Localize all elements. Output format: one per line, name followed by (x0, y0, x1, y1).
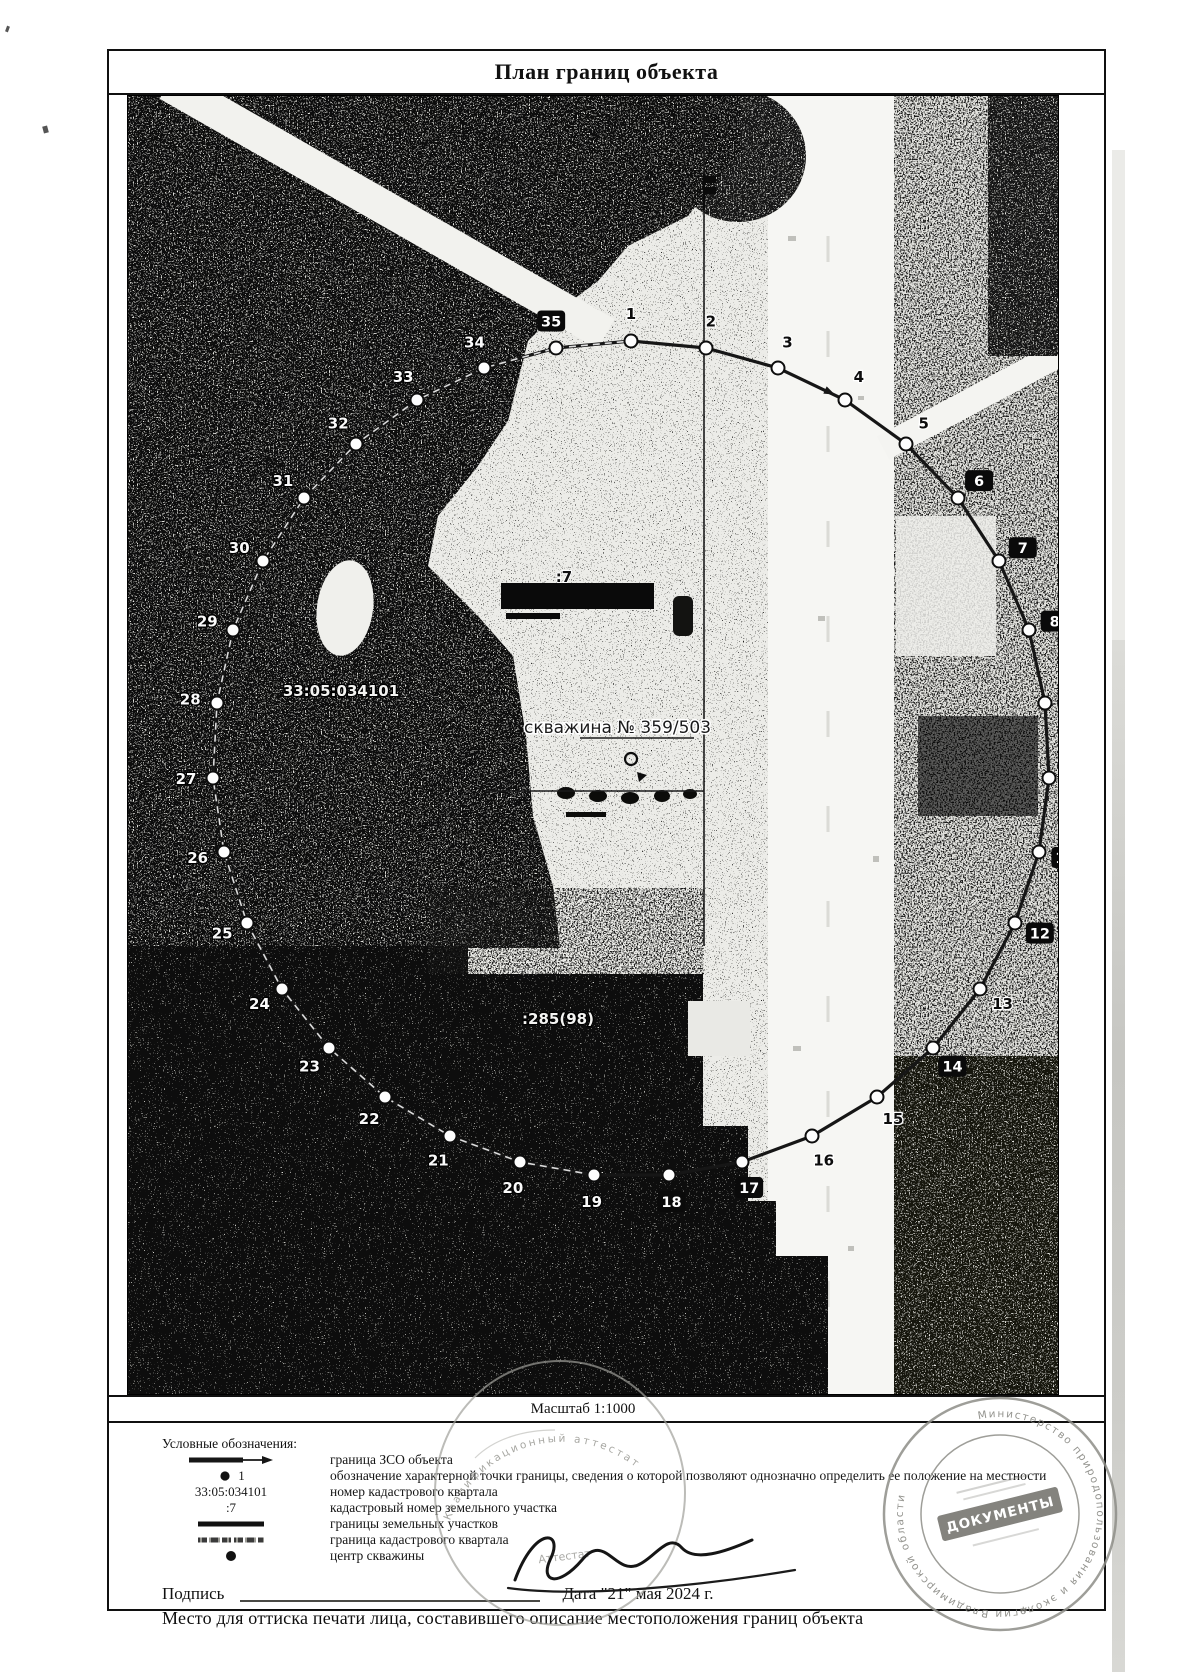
legend-row-3: :7кадастровый номер земельного участка (142, 1500, 1104, 1516)
date-label: Дата "21" мая 2024 г. (562, 1584, 713, 1604)
boundary-point-14 (927, 1042, 940, 1055)
building-bar-small (506, 613, 560, 619)
legend-symbol: 33:05:034101 (142, 1484, 320, 1500)
point-label-20: 20 (502, 1179, 523, 1197)
point-label-18: 18 (661, 1195, 681, 1211)
boundary-point-34 (478, 362, 491, 375)
point-label-6: 6 (974, 474, 984, 490)
boundary-point-5 (900, 438, 913, 451)
road-band (768, 96, 896, 1394)
document-frame: План границ объекта (107, 49, 1106, 1611)
point-label-24: 24 (249, 995, 270, 1013)
point-label-35: 35 (541, 314, 561, 330)
ground-blob (673, 596, 693, 636)
legend: Условные обозначения: граница ЗСО объект… (109, 1423, 1104, 1564)
boundary-point-21 (444, 1130, 457, 1143)
legend-label: граница ЗСО объекта (320, 1452, 453, 1468)
point-label-5: 5 (919, 415, 929, 433)
right-clearing (896, 516, 996, 656)
scan-speck (42, 125, 49, 133)
point-label-26: 26 (187, 849, 208, 867)
point-label-31: 31 (272, 472, 293, 490)
point-label-13: 13 (992, 995, 1013, 1013)
scan-shadow (1112, 640, 1125, 1672)
point-symbol-number: 1 (238, 1468, 245, 1484)
boundary-point-2 (700, 342, 713, 355)
point-label-19: 19 (581, 1193, 602, 1211)
point-label-12: 12 (1030, 927, 1050, 943)
stamp-place-note: Место для оттиска печати лица, составивш… (109, 1604, 1104, 1629)
point-label-33: 33 (393, 368, 414, 386)
legend-label: центр скважины (320, 1548, 424, 1564)
parcel-7-label: :7 (556, 568, 572, 586)
symbol-text: 33:05:034101 (195, 1484, 267, 1500)
point-label-11: 11 (1055, 851, 1058, 867)
right-clearing (918, 716, 1038, 816)
point-label-3: 3 (782, 334, 792, 352)
boundary-point-6 (952, 492, 965, 505)
legend-symbol (142, 1549, 320, 1563)
boundary-point-16 (806, 1130, 819, 1143)
legend-row-4: границы земельных участков (142, 1516, 1104, 1532)
legend-symbol (142, 1454, 320, 1466)
boundary-point-4 (839, 394, 852, 407)
boundary-point-12 (1009, 917, 1022, 930)
point-label-15: 15 (882, 1110, 903, 1128)
parcel-285-label: :285(98) (522, 1010, 594, 1028)
boundary-point-26 (218, 846, 231, 859)
legend-label: кадастровый номер земельного участка (320, 1500, 557, 1516)
boundary-point-24 (276, 983, 289, 996)
trees-top-right (988, 96, 1058, 356)
boundary-point-20 (514, 1156, 527, 1169)
point-label-4: 4 (854, 368, 864, 386)
boundary-point-19 (588, 1169, 601, 1182)
boundary-point-23 (323, 1042, 336, 1055)
signature-label: Подпись (162, 1584, 224, 1604)
boundary-point-30 (257, 555, 270, 568)
quarter-number-label: 33:05:034101 (283, 682, 399, 700)
point-label-21: 21 (428, 1151, 449, 1169)
legend-symbol (142, 1519, 320, 1529)
title-bar: План границ объекта (109, 51, 1104, 95)
scale-label: Масштаб 1:1000 (531, 1401, 683, 1418)
legend-row-1: 1обозначение характерной точки границы, … (142, 1468, 1104, 1484)
legend-row-5: граница кадастрового квартала (142, 1532, 1104, 1548)
point-label-17: 17 (739, 1181, 759, 1197)
legend-row-0: граница ЗСО объекта (142, 1452, 1104, 1468)
point-label-14: 14 (942, 1060, 962, 1076)
boundary-point-9 (1039, 697, 1052, 710)
legend-rows: граница ЗСО объекта1обозначение характер… (142, 1452, 1104, 1564)
boundary-point-25 (241, 917, 254, 930)
aerial-map-image: 33:05:034101 :7 :285(98) скважина № 359/… (128, 96, 1058, 1394)
boundary-point-33 (411, 394, 424, 407)
point-label-28: 28 (180, 690, 201, 708)
well-label: скважина № 359/503 (524, 718, 711, 738)
point-label-16: 16 (813, 1151, 834, 1169)
signature-line (240, 1580, 540, 1602)
legend-row-2: 33:05:034101номер кадастрового квартала (142, 1484, 1104, 1500)
page-title: План границ объекта (495, 59, 719, 85)
mottled-strip (428, 888, 704, 974)
building-bar (501, 583, 654, 609)
legend-row-6: центр скважины (142, 1548, 1104, 1564)
legend-label: границы земельных участков (320, 1516, 498, 1532)
symbol-text: :7 (226, 1500, 236, 1516)
boundary-point-31 (298, 492, 311, 505)
boundary-point-3 (772, 362, 785, 375)
point-label-30: 30 (229, 539, 250, 557)
boundary-point-11 (1033, 846, 1046, 859)
point-label-7: 7 (1018, 541, 1028, 557)
point-label-27: 27 (176, 770, 197, 788)
boundary-map: 33:05:034101 :7 :285(98) скважина № 359/… (127, 95, 1059, 1395)
zso-line-symbol (187, 1454, 275, 1466)
boundary-point-15 (871, 1091, 884, 1104)
scale-bar: Масштаб 1:1000 (109, 1395, 1104, 1423)
legend-symbol: 1 (142, 1468, 320, 1484)
signature-row: Подпись Дата "21" мая 2024 г. (109, 1564, 1104, 1604)
legend-symbol: :7 (142, 1500, 320, 1516)
point-label-22: 22 (359, 1110, 380, 1128)
boundary-point-7 (993, 555, 1006, 568)
point-label-29: 29 (197, 613, 218, 631)
point-label-1: 1 (626, 305, 636, 323)
scan-shadow (1112, 150, 1125, 640)
boundary-point-13 (974, 983, 987, 996)
point-label-32: 32 (328, 415, 349, 433)
point-label-2: 2 (706, 312, 716, 330)
boundary-point-10 (1043, 772, 1056, 785)
trees-bottom-right (894, 1056, 1058, 1394)
boundary-point-22 (379, 1091, 392, 1104)
boundary-point-29 (227, 624, 240, 637)
boundary-point-1 (625, 335, 638, 348)
point-label-25: 25 (212, 925, 233, 943)
point-label-8: 8 (1050, 615, 1058, 631)
scan-speck (5, 26, 10, 33)
boundary-point-32 (350, 438, 363, 451)
boundary-point-27 (207, 772, 220, 785)
point-label-23: 23 (299, 1058, 320, 1076)
legend-symbol (142, 1535, 320, 1545)
boundary-point-35 (550, 342, 563, 355)
boundary-point-28 (211, 697, 224, 710)
legend-heading: Условные обозначения: (142, 1436, 1104, 1452)
parcel-line-symbol (196, 1519, 266, 1529)
point-label-34: 34 (464, 334, 485, 352)
quarter-line-symbol (196, 1535, 266, 1545)
point-symbol (217, 1469, 233, 1483)
boundary-point-18 (663, 1169, 676, 1182)
boundary-point-8 (1023, 624, 1036, 637)
light-patch (688, 1001, 750, 1056)
legend-label: номер кадастрового квартала (320, 1484, 498, 1500)
legend-label: обозначение характерной точки границы, с… (320, 1468, 1046, 1484)
boundary-point-17 (736, 1156, 749, 1169)
well-center-symbol (223, 1549, 239, 1563)
legend-label: граница кадастрового квартала (320, 1532, 509, 1548)
scanned-boundary-plan-page: { "page": { "title": "План границ объект… (0, 0, 1200, 1672)
